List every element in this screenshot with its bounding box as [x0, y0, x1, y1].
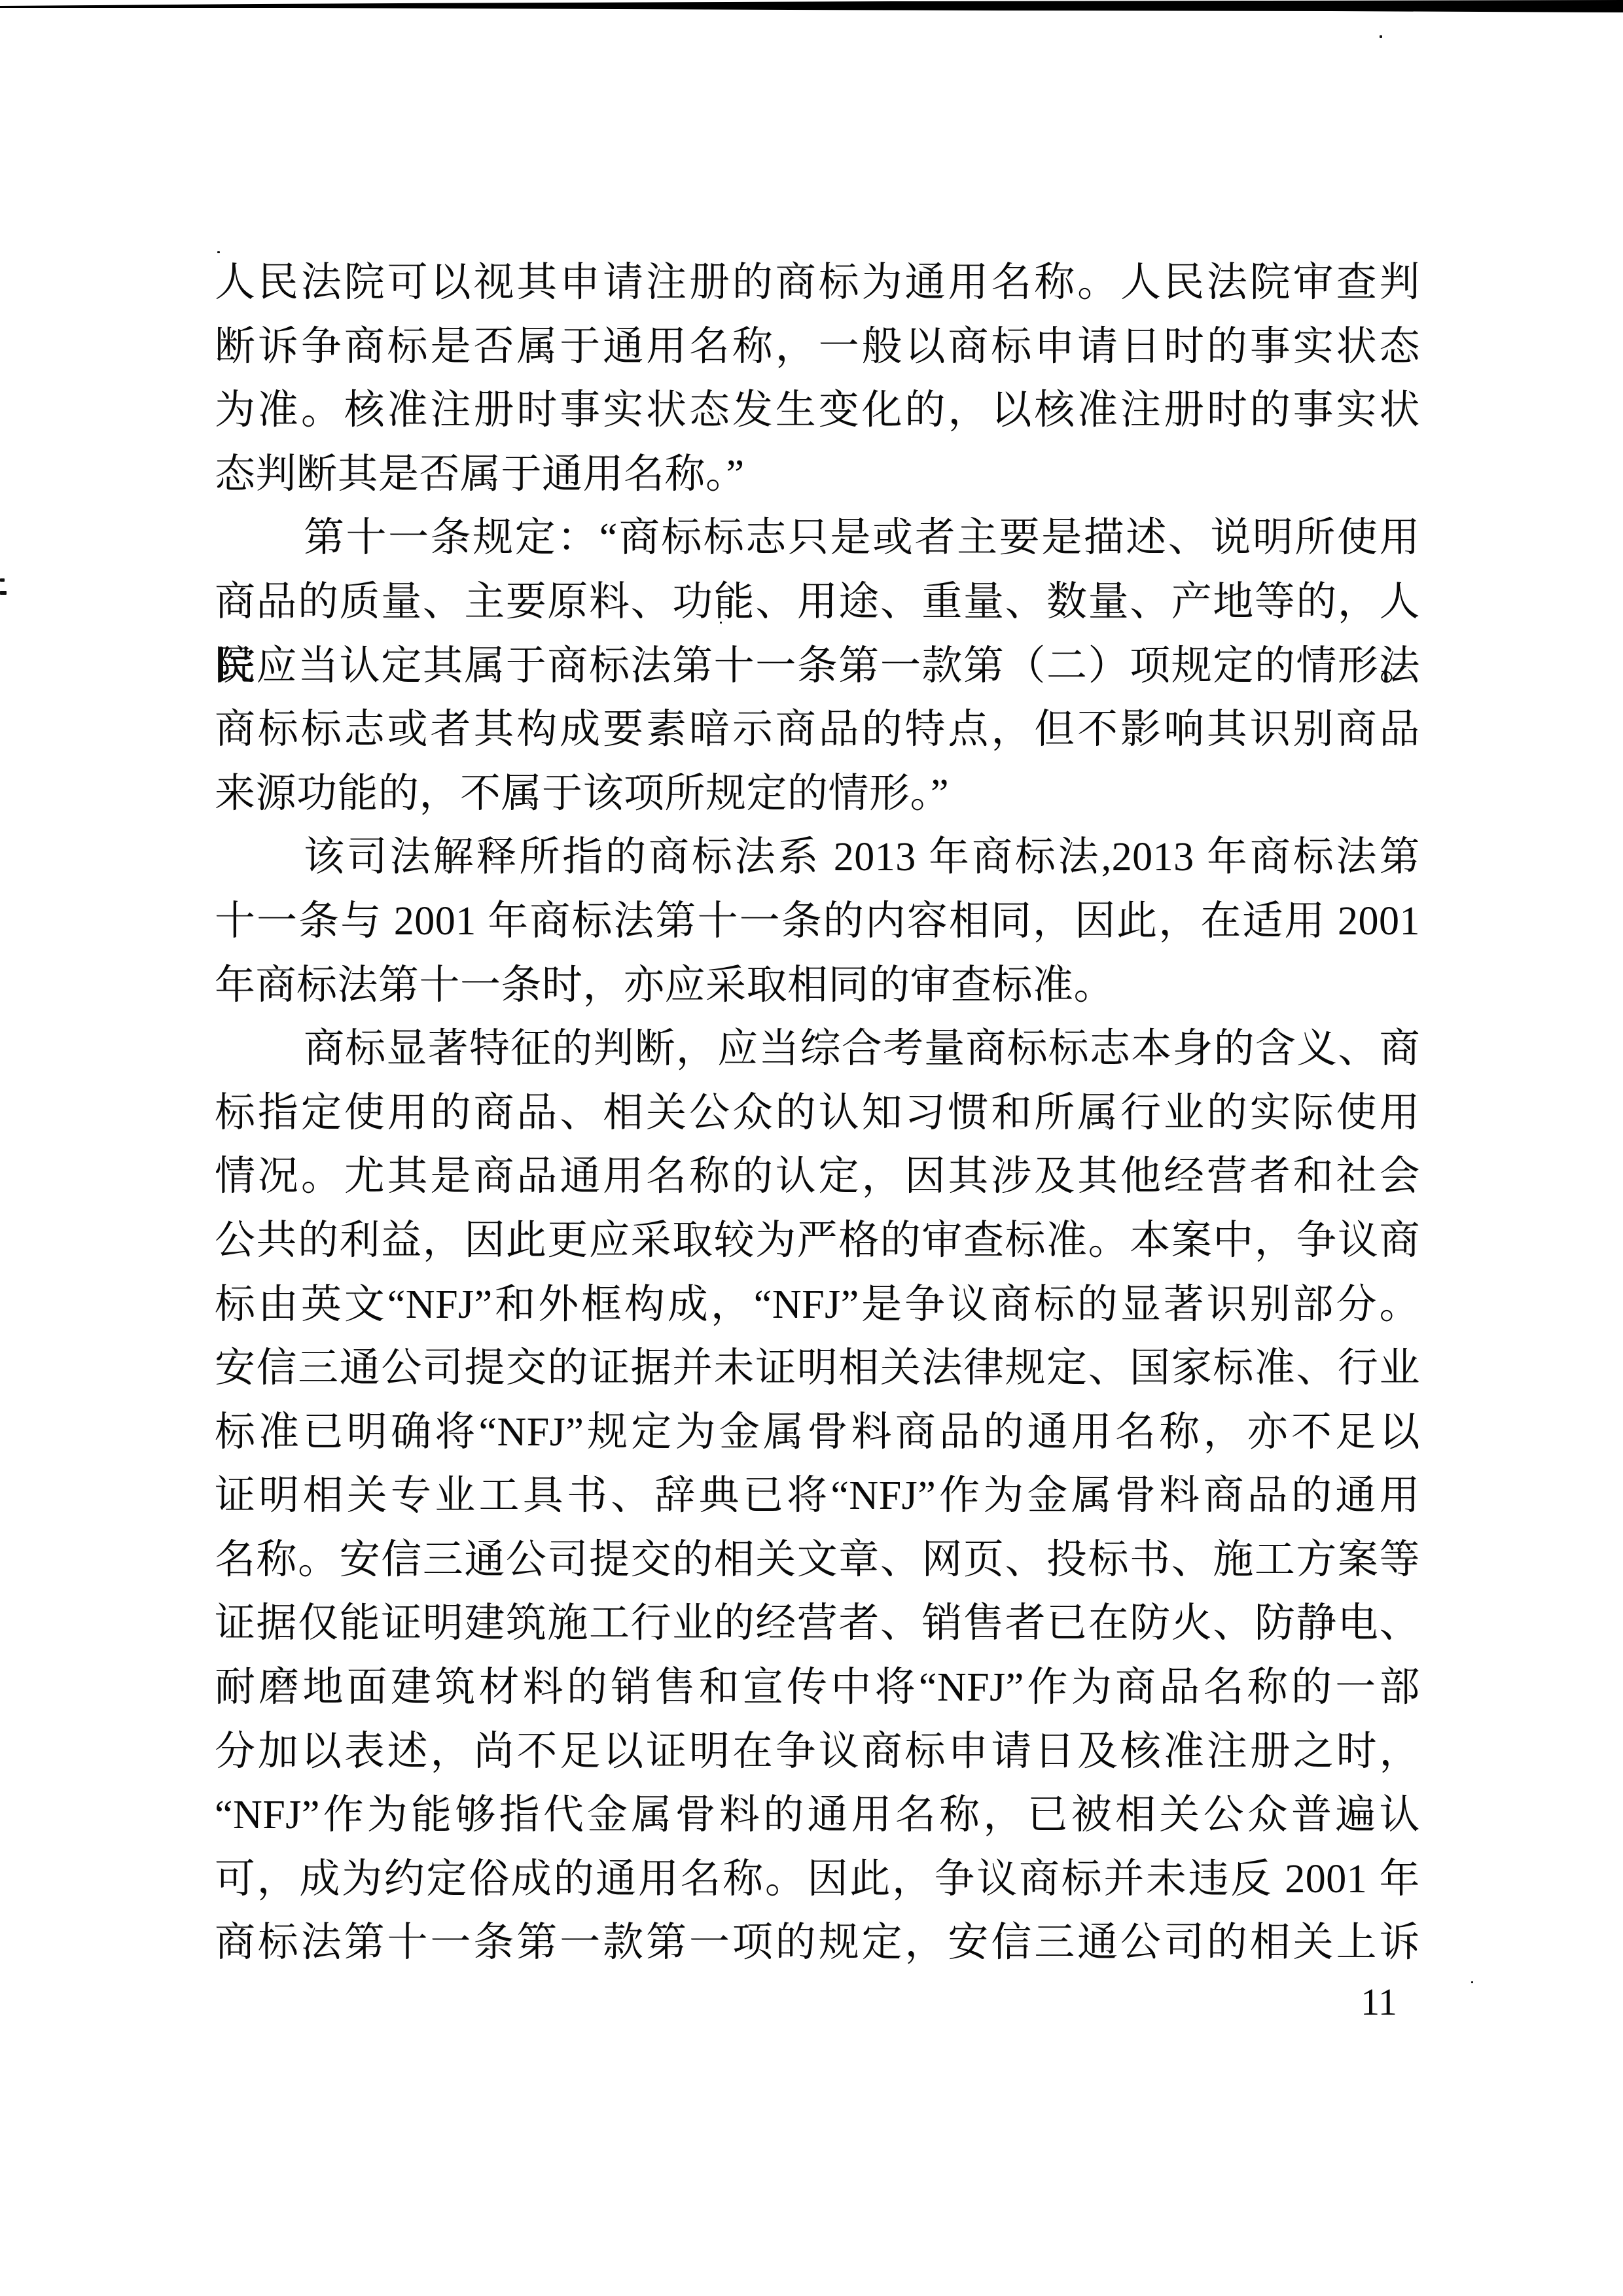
- text-line: 院应当认定其属于商标法第十一条第一款第（二）项规定的情形。: [215, 635, 1420, 699]
- scan-speck: [0, 578, 5, 582]
- text-line: 耐磨地面建筑材料的销售和宣传中将“NFJ”作为商品名称的一部: [215, 1656, 1420, 1720]
- paragraph-3: 该司法解释所指的商标法系 2013 年商标法,2013 年商标法第 十一条与 2…: [215, 826, 1420, 1017]
- text-line: 可，成为约定俗成的通用名称。因此，争议商标并未违反 2001 年: [215, 1848, 1420, 1912]
- text-line: 名称。安信三通公司提交的相关文章、网页、投标书、施工方案等: [215, 1528, 1420, 1593]
- paragraph-1: 人民法院可以视其申请注册的商标为通用名称。人民法院审查判 断诉争商标是否属于通用…: [215, 251, 1420, 506]
- text-line: 标准已明确将“NFJ”规定为金属骨料商品的通用名称，亦不足以: [215, 1401, 1420, 1465]
- text-block: 人民法院可以视其申请注册的商标为通用名称。人民法院审查判 断诉争商标是否属于通用…: [215, 251, 1420, 1975]
- text-line: 第十一条规定：“商标标志只是或者主要是描述、说明所使用: [215, 506, 1420, 571]
- text-line: 商标法第十一条第一款第一项的规定，安信三通公司的相关上诉: [215, 1911, 1420, 1975]
- text-line: 安信三通公司提交的证据并未证明相关法律规定、国家标准、行业: [215, 1337, 1420, 1401]
- scan-artifact-top-edge: [0, 0, 1623, 14]
- text-line: 为准。核准注册时事实状态发生变化的，以核准注册时的事实状: [215, 379, 1420, 443]
- text-line: 证明相关专业工具书、辞典已将“NFJ”作为金属骨料商品的通用: [215, 1464, 1420, 1528]
- scan-speck: [1471, 1981, 1473, 1983]
- text-line: 该司法解释所指的商标法系 2013 年商标法,2013 年商标法第: [215, 826, 1420, 890]
- text-line: 标指定使用的商品、相关公众的认知习惯和所属行业的实际使用: [215, 1082, 1420, 1146]
- text-line: 十一条与 2001 年商标法第十一条的内容相同，因此，在适用 2001: [215, 890, 1420, 954]
- text-line: 分加以表述，尚不足以证明在争议商标申请日及核准注册之时，: [215, 1720, 1420, 1784]
- scan-speck: [0, 591, 7, 595]
- page-number: 11: [1343, 1983, 1415, 2022]
- text-line: 态判断其是否属于通用名称。”: [215, 443, 1420, 507]
- scan-speck: [1380, 35, 1382, 38]
- text-line: 商品的质量、主要原料、功能、用途、重量、数量、产地等的，人民法: [215, 571, 1420, 635]
- text-line: 人民法院可以视其申请注册的商标为通用名称。人民法院审查判: [215, 251, 1420, 315]
- text-line: 来源功能的，不属于该项所规定的情形。”: [215, 762, 1420, 826]
- text-line: 公共的利益，因此更应采取较为严格的审查标准。本案中，争议商: [215, 1209, 1420, 1273]
- text-line: 商标显著特征的判断，应当综合考量商标标志本身的含义、商: [215, 1017, 1420, 1082]
- text-line: 年商标法第十一条时，亦应采取相同的审查标准。: [215, 954, 1420, 1018]
- text-line: 标由英文“NFJ”和外框构成，“NFJ”是争议商标的显著识别部分。: [215, 1273, 1420, 1337]
- text-line: 情况。尤其是商品通用名称的认定，因其涉及其他经营者和社会: [215, 1145, 1420, 1209]
- paragraph-2: 第十一条规定：“商标标志只是或者主要是描述、说明所使用 商品的质量、主要原料、功…: [215, 506, 1420, 826]
- text-line: “NFJ”作为能够指代金属骨料的通用名称，已被相关公众普遍认: [215, 1784, 1420, 1848]
- text-line: 断诉争商标是否属于通用名称，一般以商标申请日时的事实状态: [215, 315, 1420, 380]
- text-line: 商标标志或者其构成要素暗示商品的特点，但不影响其识别商品: [215, 698, 1420, 762]
- text-line: 证据仅能证明建筑施工行业的经营者、销售者已在防火、防静电、: [215, 1592, 1420, 1656]
- paragraph-4: 商标显著特征的判断，应当综合考量商标标志本身的含义、商 标指定使用的商品、相关公…: [215, 1017, 1420, 1975]
